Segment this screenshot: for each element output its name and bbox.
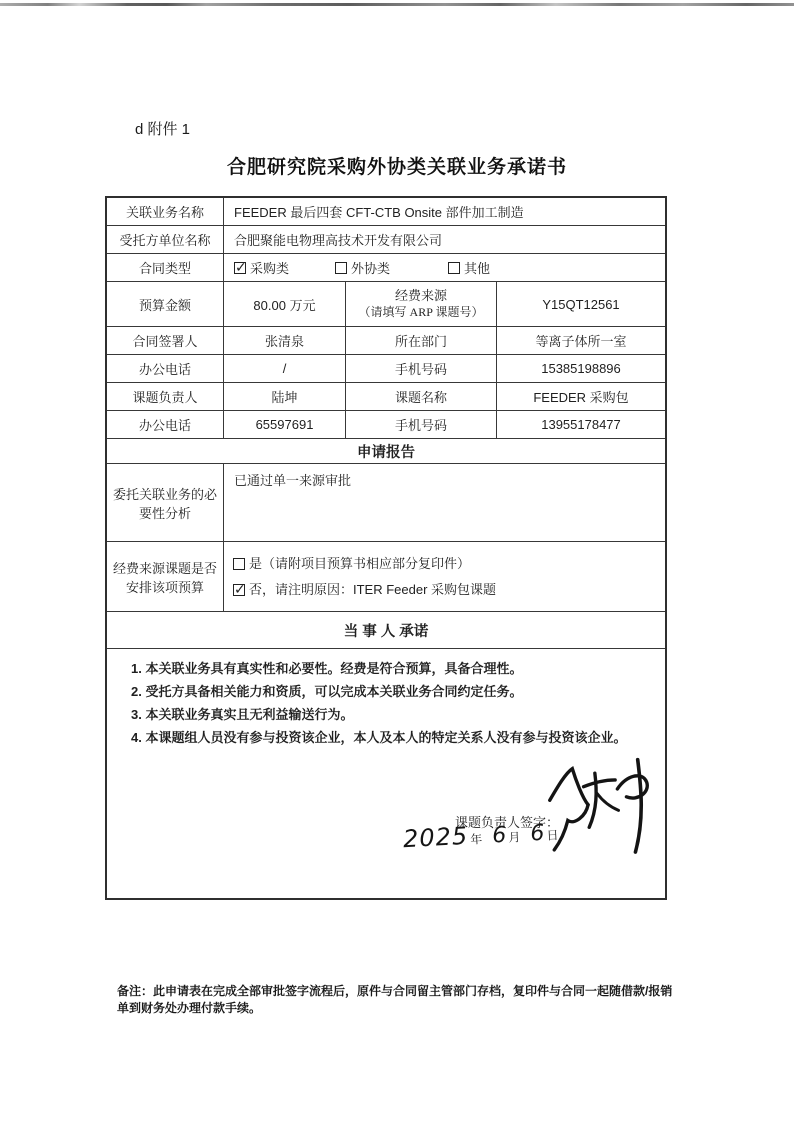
commitment-item: 1. 本关联业务具有真实性和必要性。经费是符合预算，具备合理性。: [131, 657, 665, 680]
budget-arranged-options: 是（请附项目预算书相应部分复印件） ✓ 否，请注明原因：ITER Feeder …: [224, 542, 665, 611]
signature-date-month: 6: [492, 823, 507, 849]
row-signer-phones: 办公电话 / 手机号码 15385198896: [107, 355, 665, 383]
row-trustee-name: 受托方单位名称 合肥聚能电物理高技术开发有限公司: [107, 226, 665, 254]
commitment-item: 4. 本课题组人员没有参与投资该企业，本人及本人的特定关系人没有参与投资该企业。: [131, 726, 665, 749]
row-business-name: 关联业务名称 FEEDER 最后四套 CFT-CTB Onsite 部件加工制造: [107, 198, 665, 226]
budget-value: 80.00 万元: [224, 282, 346, 326]
option-no: ✓ 否，请注明原因：ITER Feeder 采购包课题: [233, 577, 496, 603]
signer-office-phone-value: /: [224, 355, 346, 382]
contract-signer-label: 合同签署人: [107, 327, 224, 354]
signature-date: 2025年 6月 6日: [402, 817, 565, 853]
signer-mobile-label: 手机号码: [346, 355, 497, 382]
project-leader-label: 课题负责人: [107, 383, 224, 410]
necessity-label: 委托关联业务的必要性分析: [107, 464, 224, 541]
checkbox-no: ✓: [233, 584, 245, 596]
row-commitment-header: 当 事 人 承诺: [107, 612, 665, 649]
funding-source-label: 经费来源 （请填写 ARP 课题号）: [346, 282, 497, 326]
funding-source-label-line2: （请填写 ARP 课题号）: [359, 304, 484, 321]
row-report-header: 申请报告: [107, 439, 665, 464]
commitments-cell: 1. 本关联业务具有真实性和必要性。经费是符合预算，具备合理性。 2. 受托方具…: [107, 649, 665, 902]
contract-type-label: 合同类型: [107, 254, 224, 281]
funding-source-value: Y15QT12561: [497, 282, 665, 326]
section-header-application-report: 申请报告: [107, 439, 665, 463]
row-project-leader: 课题负责人 陆坤 课题名称 FEEDER 采购包: [107, 383, 665, 411]
commitment-list: 1. 本关联业务具有真实性和必要性。经费是符合预算，具备合理性。 2. 受托方具…: [131, 657, 665, 749]
necessity-value: 已通过单一来源审批: [224, 464, 665, 541]
commitment-item: 3. 本关联业务真实且无利益输送行为。: [131, 703, 665, 726]
footer-note-line2: 单到财务处办理付款手续。: [117, 1001, 261, 1015]
option-yes: 是（请附项目预算书相应部分复印件）: [233, 551, 470, 577]
signer-office-phone-label: 办公电话: [107, 355, 224, 382]
document-page: d 附件 1 合肥研究院采购外协类关联业务承诺书 关联业务名称 FEEDER 最…: [0, 0, 794, 1122]
document-title: 合肥研究院采购外协类关联业务承诺书: [0, 152, 794, 179]
checkbox-yes: [233, 558, 245, 570]
business-name-label: 关联业务名称: [107, 198, 224, 225]
signature-date-day: 6: [530, 821, 545, 847]
attachment-label: d 附件 1: [135, 118, 190, 139]
signature-date-month-unit: 月: [508, 830, 521, 845]
row-leader-phones: 办公电话 65597691 手机号码 13955178477: [107, 411, 665, 439]
option-outsourcing: 外协类: [335, 258, 390, 277]
leader-mobile-value: 13955178477: [497, 411, 665, 438]
row-budget: 预算金额 80.00 万元 经费来源 （请填写 ARP 课题号） Y15QT12…: [107, 282, 665, 327]
row-necessity: 委托关联业务的必要性分析 已通过单一来源审批: [107, 464, 665, 542]
form-table: 关联业务名称 FEEDER 最后四套 CFT-CTB Onsite 部件加工制造…: [105, 196, 667, 900]
funding-source-label-line1: 经费来源: [395, 287, 447, 304]
row-contract-signer: 合同签署人 张清泉 所在部门 等离子体所一室: [107, 327, 665, 355]
contract-signer-value: 张清泉: [224, 327, 346, 354]
project-name-label: 课题名称: [346, 383, 497, 410]
row-budget-arranged: 经费来源课题是否安排该项预算 是（请附项目预算书相应部分复印件） ✓ 否，请注明…: [107, 542, 665, 612]
project-name-value: FEEDER 采购包: [497, 383, 665, 410]
footer-note: 备注：此申请表在完成全部审批签字流程后，原件与合同留主管部门存档，复印件与合同一…: [117, 983, 682, 1017]
trustee-name-value: 合肥聚能电物理高技术开发有限公司: [224, 226, 665, 253]
row-contract-type: 合同类型 ✓ 采购类 外协类 其他: [107, 254, 665, 282]
department-value: 等离子体所一室: [497, 327, 665, 354]
leader-office-phone-label: 办公电话: [107, 411, 224, 438]
contract-type-options: ✓ 采购类 外协类 其他: [224, 254, 665, 281]
signer-mobile-value: 15385198896: [497, 355, 665, 382]
option-other: 其他: [448, 258, 490, 277]
row-commitments: 1. 本关联业务具有真实性和必要性。经费是符合预算，具备合理性。 2. 受托方具…: [107, 649, 665, 902]
option-no-label: 否，请注明原因：ITER Feeder 采购包课题: [249, 577, 496, 603]
option-outsourcing-label: 外协类: [351, 258, 390, 277]
budget-arranged-label: 经费来源课题是否安排该项预算: [107, 542, 224, 611]
section-header-party-commitment: 当 事 人 承诺: [107, 612, 665, 648]
option-procurement: ✓ 采购类: [234, 258, 289, 277]
scan-artifact-top-edge: [0, 3, 794, 6]
checkbox-outsourcing: [335, 262, 347, 274]
leader-mobile-label: 手机号码: [346, 411, 497, 438]
project-leader-value: 陆坤: [224, 383, 346, 410]
signature-date-day-unit: 日: [546, 828, 559, 843]
department-label: 所在部门: [346, 327, 497, 354]
checkbox-procurement: ✓: [234, 262, 246, 274]
checkbox-other: [448, 262, 460, 274]
trustee-name-label: 受托方单位名称: [107, 226, 224, 253]
option-yes-label: 是（请附项目预算书相应部分复印件）: [249, 551, 470, 577]
signature-date-year: 2025: [402, 822, 468, 853]
option-procurement-label: 采购类: [250, 258, 289, 277]
footer-note-line1: 备注：此申请表在完成全部审批签字流程后，原件与合同留主管部门存档，复印件与合同一…: [117, 984, 672, 998]
commitment-item: 2. 受托方具备相关能力和资质，可以完成本关联业务合同约定任务。: [131, 680, 665, 703]
business-name-value: FEEDER 最后四套 CFT-CTB Onsite 部件加工制造: [224, 198, 665, 225]
leader-office-phone-value: 65597691: [224, 411, 346, 438]
signature-date-year-unit: 年: [470, 832, 483, 847]
option-other-label: 其他: [464, 258, 490, 277]
budget-label: 预算金额: [107, 282, 224, 326]
